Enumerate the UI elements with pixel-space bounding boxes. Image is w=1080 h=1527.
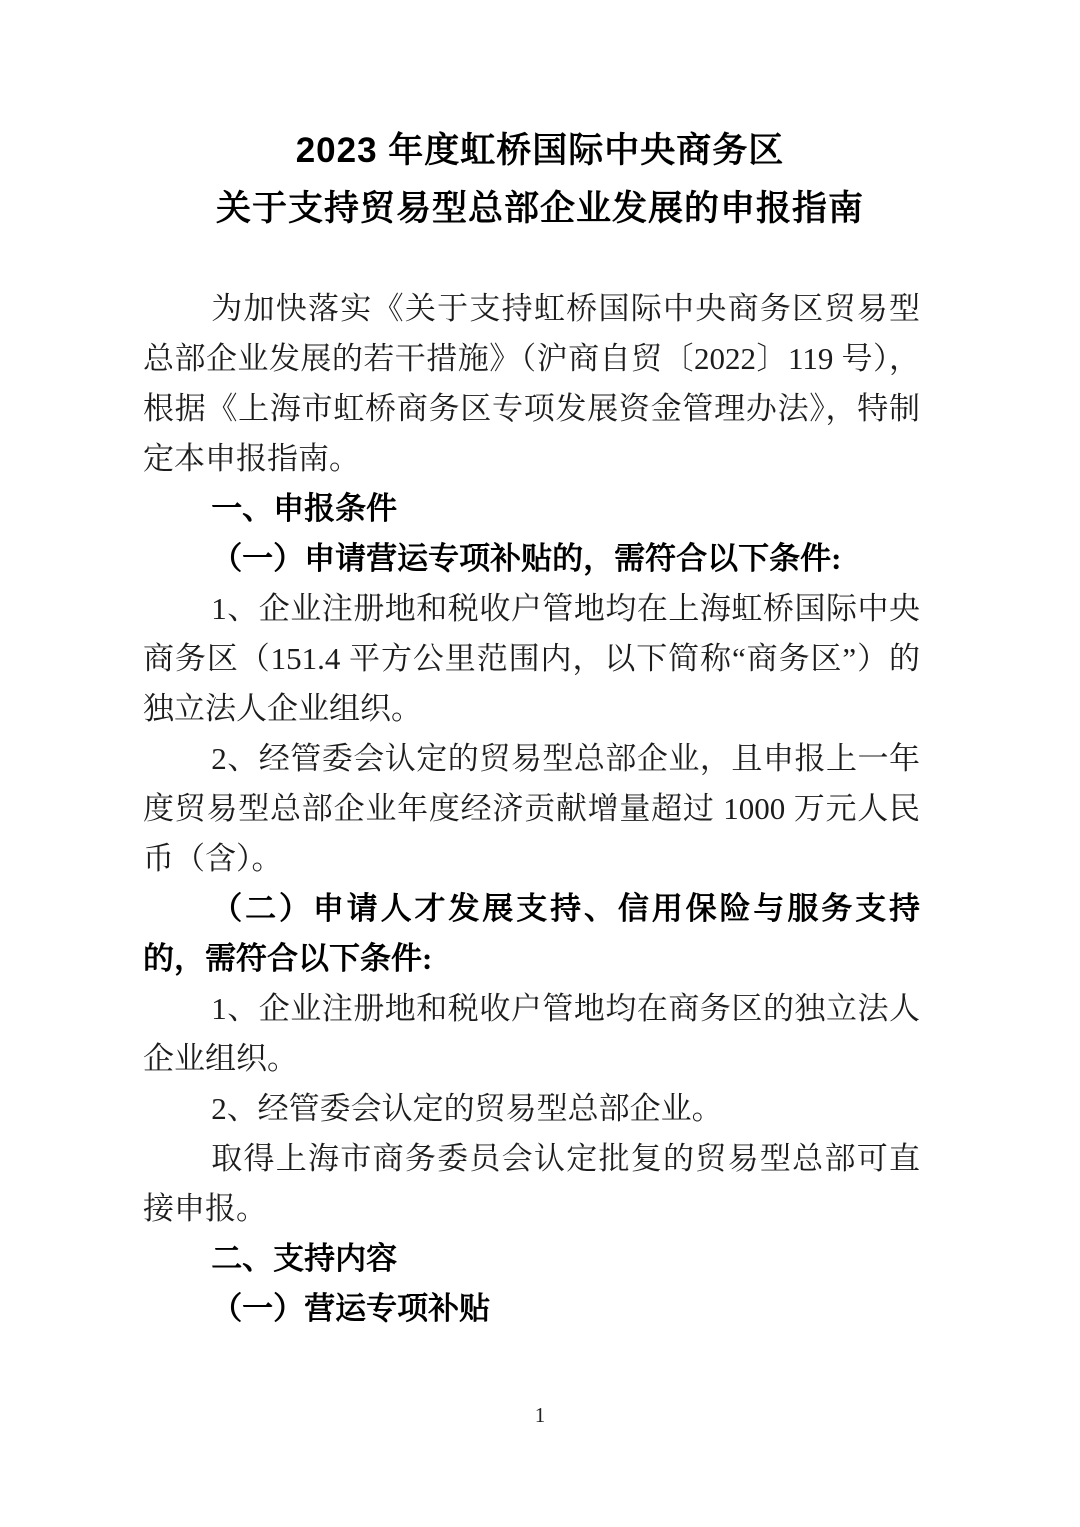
document-body: 为加快落实《关于支持虹桥国际中央商务区贸易型总部企业发展的若干措施》（沪商自贸〔… [143,284,920,1334]
subsection-1-1-heading: （一）申请营运专项补贴的，需符合以下条件: [143,534,920,584]
intro-paragraph: 为加快落实《关于支持虹桥国际中央商务区贸易型总部企业发展的若干措施》（沪商自贸〔… [143,284,920,484]
direct-application-note: 取得上海市商务委员会认定批复的贸易型总部可直接申报。 [143,1134,920,1234]
page-title-line-2: 关于支持贸易型总部企业发展的申报指南 [0,180,1080,238]
section-1-heading: 一、申报条件 [143,484,920,534]
subsection-1-2-heading: （二）申请人才发展支持、信用保险与服务支持的，需符合以下条件: [143,884,920,984]
condition-1-1-item-2: 2、经管委会认定的贸易型总部企业，且申报上一年度贸易型总部企业年度经济贡献增量超… [143,734,920,884]
page-number: 1 [0,1400,1080,1430]
page-title: 2023 年度虹桥国际中央商务区 关于支持贸易型总部企业发展的申报指南 [0,0,1080,238]
subsection-2-1-heading: （一）营运专项补贴 [143,1284,920,1334]
condition-1-2-item-2: 2、经管委会认定的贸易型总部企业。 [143,1084,920,1134]
document-page: 2023 年度虹桥国际中央商务区 关于支持贸易型总部企业发展的申报指南 为加快落… [0,0,1080,1527]
condition-1-2-item-1: 1、企业注册地和税收户管地均在商务区的独立法人企业组织。 [143,984,920,1084]
section-2-heading: 二、支持内容 [143,1234,920,1284]
condition-1-1-item-1: 1、企业注册地和税收户管地均在上海虹桥国际中央商务区（151.4 平方公里范围内… [143,584,920,734]
page-title-line-1: 2023 年度虹桥国际中央商务区 [0,122,1080,180]
